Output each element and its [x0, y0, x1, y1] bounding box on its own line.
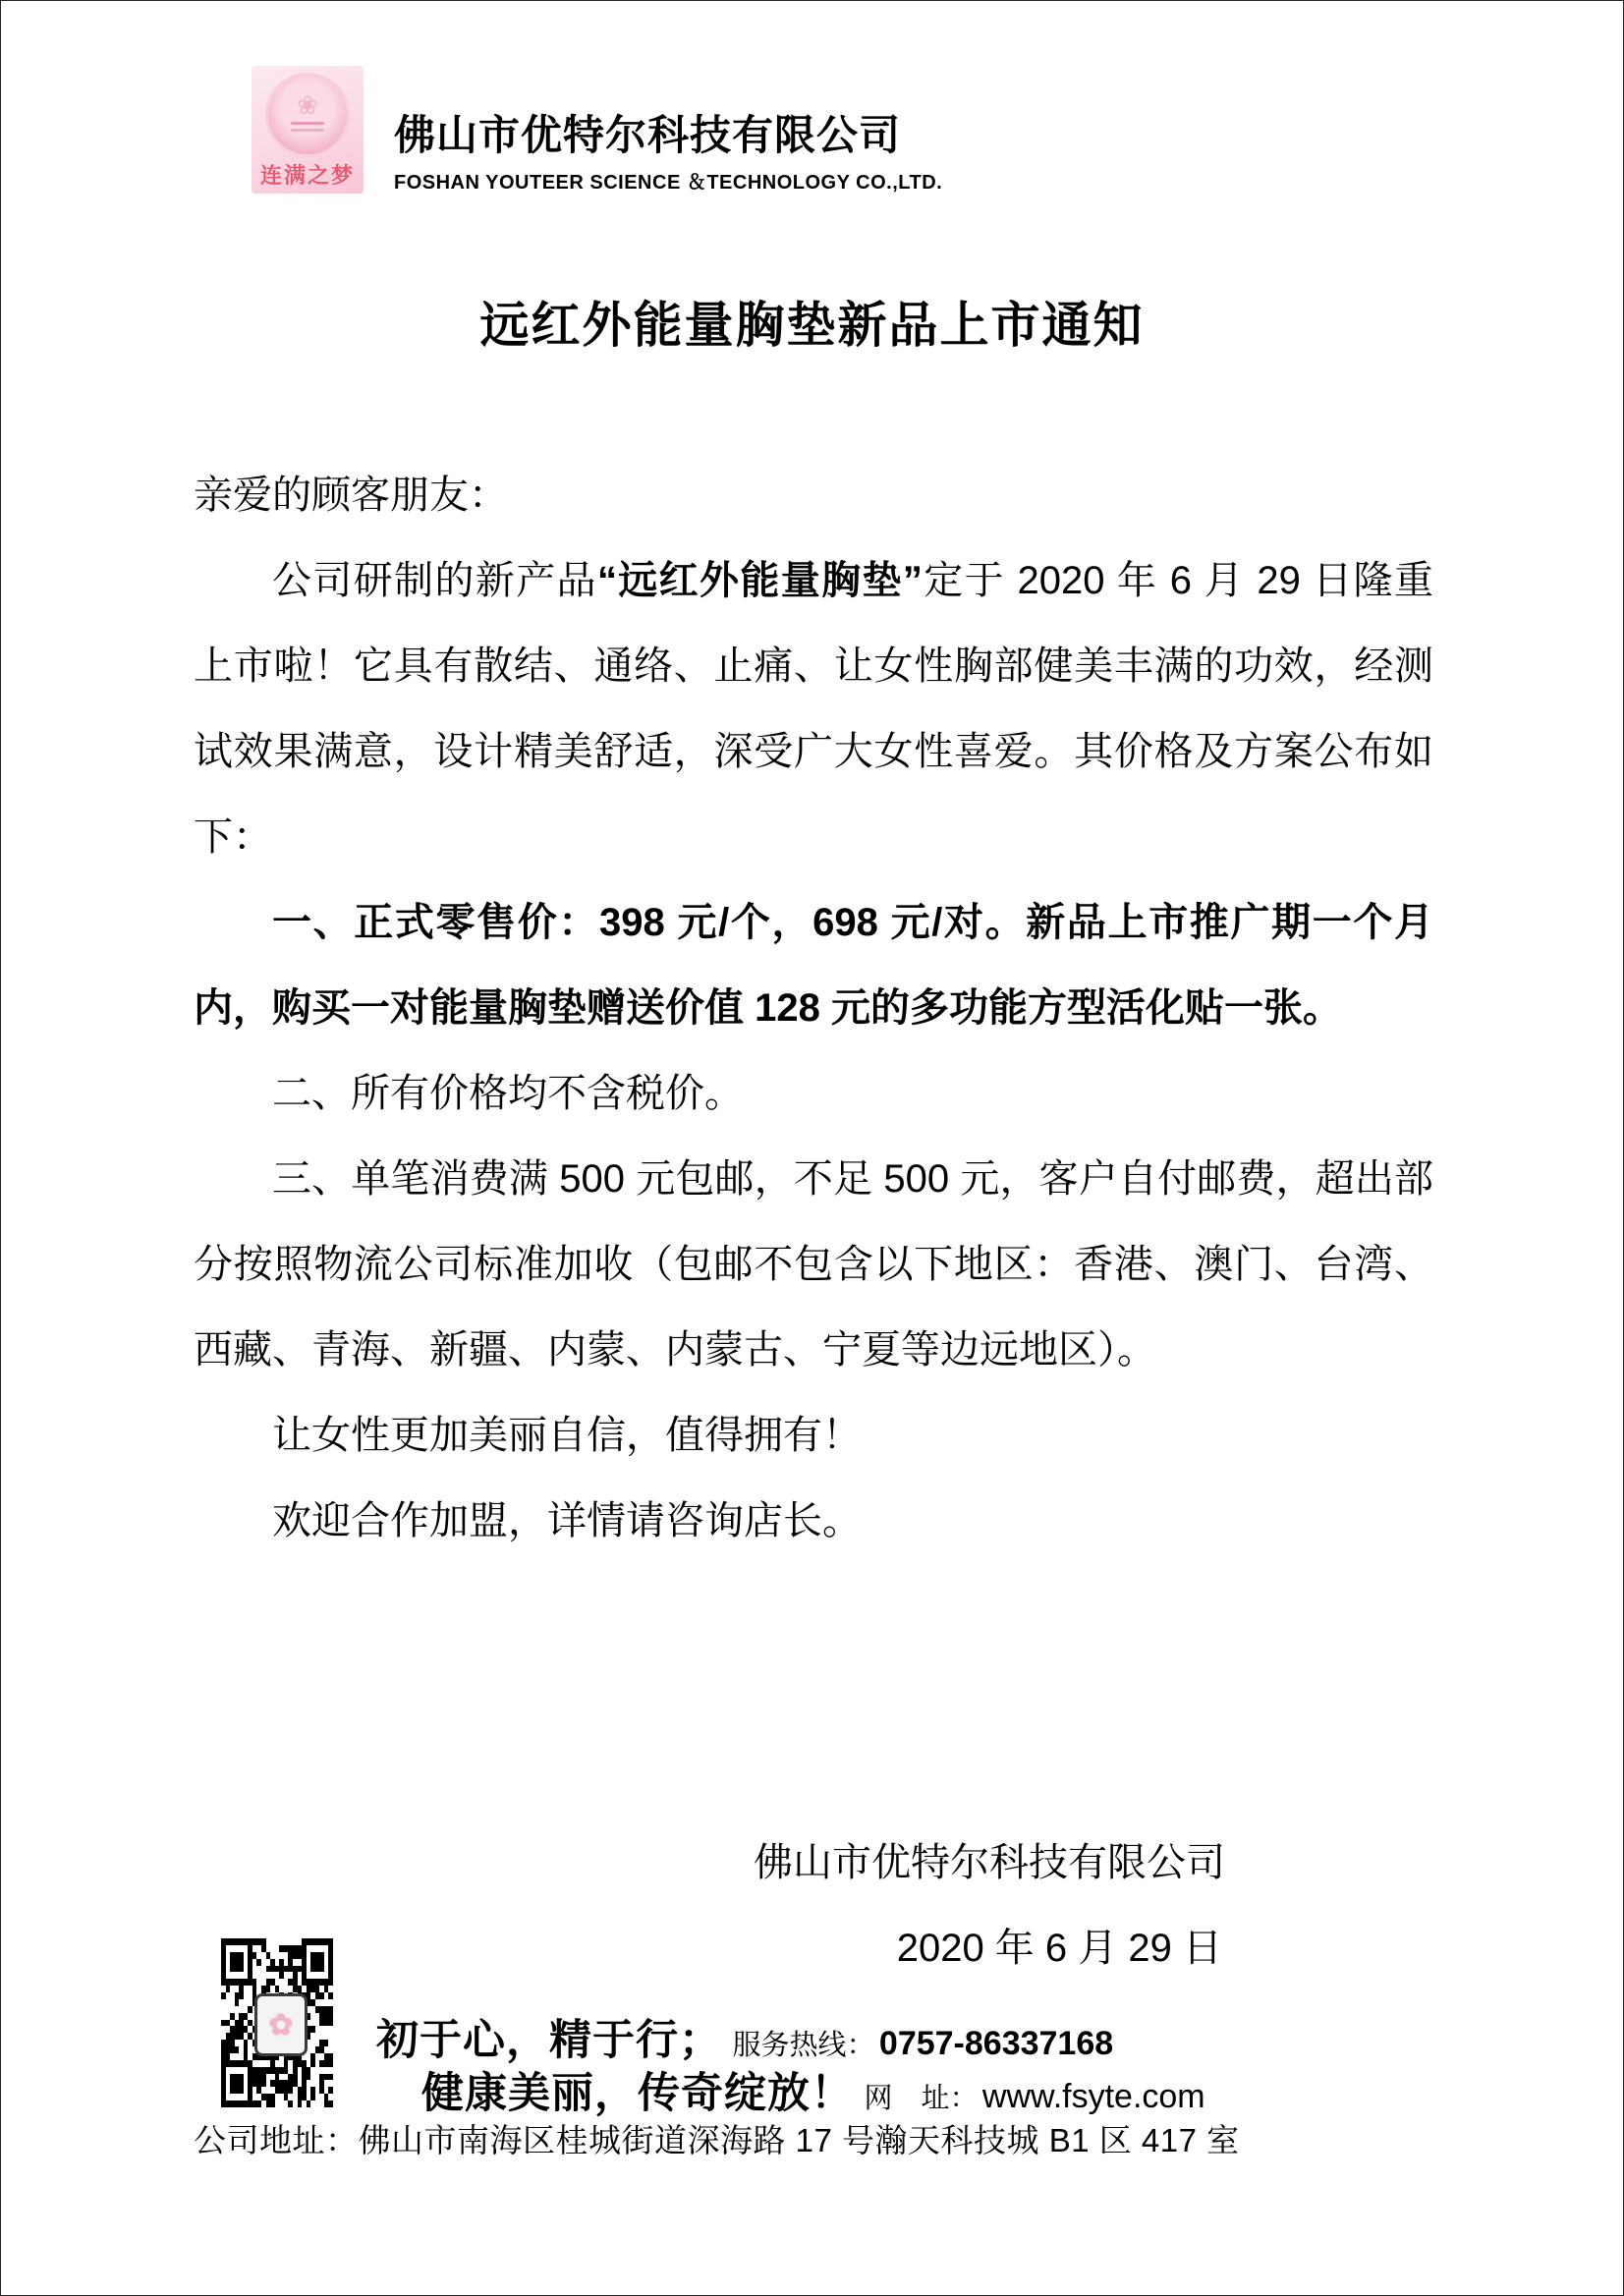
qr-flower-icon: ✿: [268, 2008, 293, 2043]
hotline-number: 0757-86337168: [879, 2025, 1113, 2062]
flower-icon: ❀: [265, 90, 350, 121]
salutation: 亲爱的顾客朋友：: [194, 453, 1433, 538]
company-name-en: FOSHAN YOUTEER SCIENCE ＆TECHNOLOGY CO.,L…: [394, 166, 942, 195]
footer-slogan-1: 初于心，精于行；: [376, 2017, 722, 2064]
notice-document-page: ❀ 连满之梦 佛山市优特尔科技有限公司 FOSHAN YOUTEER SCIEN…: [0, 0, 1624, 2296]
logo-decoration: [291, 122, 324, 125]
footer-line-1: 初于心，精于行； 服务热线： 0757-86337168: [376, 2007, 1113, 2067]
signature-block: 佛山市优特尔科技有限公司 2020 年 6 月 29 日: [194, 1820, 1433, 1991]
hotline-label: 服务热线：: [732, 2030, 874, 2061]
letterhead: 佛山市优特尔科技有限公司 FOSHAN YOUTEER SCIENCE ＆TEC…: [394, 111, 942, 195]
company-logo: ❀ 连满之梦: [252, 66, 364, 194]
website-label: 网 址：: [864, 2083, 978, 2114]
company-address: 公司地址：佛山市南海区桂城街道深海路 17 号瀚天科技城 B1 区 417 室: [194, 2115, 1433, 2161]
signature-company: 佛山市优特尔科技有限公司: [194, 1820, 1433, 1906]
company-name-cn: 佛山市优特尔科技有限公司: [394, 111, 942, 160]
footer-line-2: 健康美丽，传奇绽放！ 网 址： www.fsyte.com: [421, 2060, 1205, 2120]
logo-brand-text: 连满之梦: [252, 159, 364, 190]
document-body: 亲爱的顾客朋友： 公司研制的新产品“远红外能量胸垫”定于 2020 年 6 月 …: [194, 453, 1433, 1564]
paragraph-intro: 公司研制的新产品“远红外能量胸垫”定于 2020 年 6 月 29 日隆重上市啦…: [194, 538, 1433, 880]
paragraph-join: 欢迎合作加盟，详情请咨询店长。: [194, 1479, 1433, 1564]
paragraph-shipping: 三、单笔消费满 500 元包邮，不足 500 元，客户自付邮费，超出部分按照物流…: [194, 1137, 1433, 1393]
paragraph-slogan: 让女性更加美丽自信，值得拥有！: [194, 1393, 1433, 1479]
logo-disc: ❀: [265, 73, 350, 157]
paragraph-tax: 二、所有价格均不含税价。: [194, 1051, 1433, 1137]
signature-date: 2020 年 6 月 29 日: [194, 1906, 1433, 1991]
product-name-emphasis: “远红外能量胸垫”: [597, 559, 923, 602]
website-url: www.fsyte.com: [982, 2078, 1205, 2115]
paragraph-intro-pre: 公司研制的新产品: [272, 559, 597, 602]
paragraph-intro-post: 定于 2020 年 6 月 29 日隆重上市啦！它具有散结、通络、止痛、让女性胸…: [194, 559, 1433, 859]
qr-center-logo: ✿: [254, 1993, 308, 2056]
page-title: 远红外能量胸垫新品上市通知: [1, 286, 1623, 357]
paragraph-price: 一、正式零售价：398 元/个，698 元/对。新品上市推广期一个月内，购买一对…: [194, 880, 1433, 1051]
footer-slogan-2: 健康美丽，传奇绽放！: [421, 2070, 854, 2117]
